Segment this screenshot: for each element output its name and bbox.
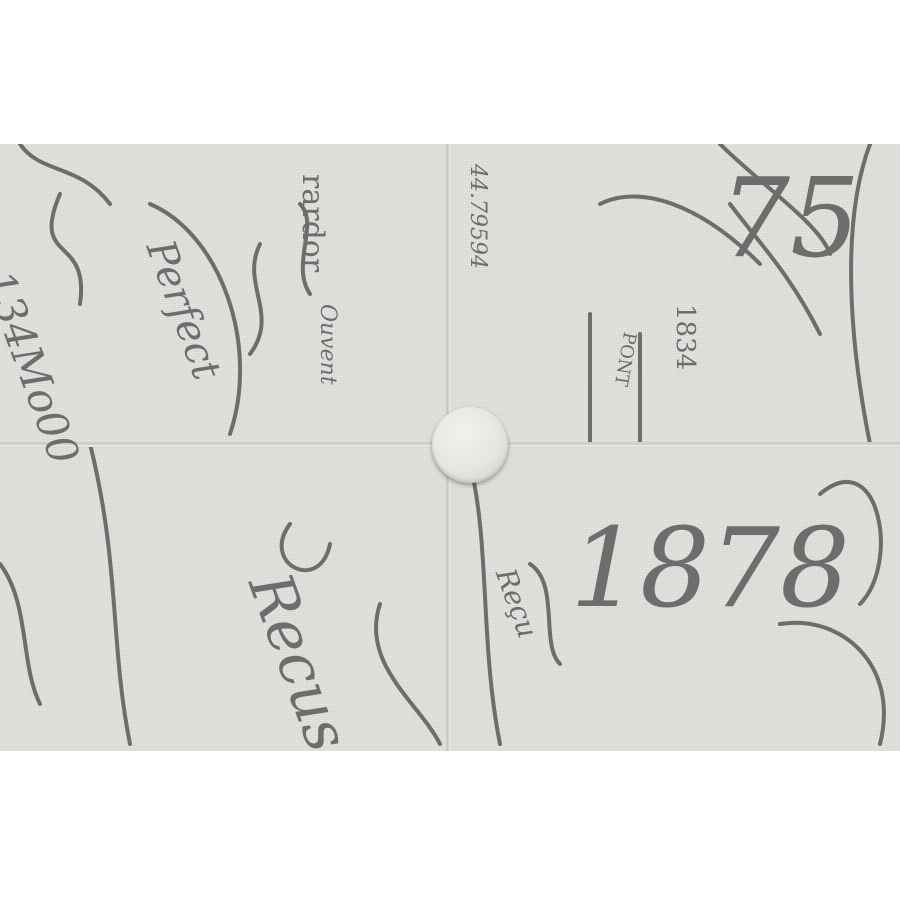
print-text: rardor bbox=[295, 174, 330, 272]
print-text: 75 bbox=[720, 154, 860, 282]
print-text: 1834 bbox=[670, 304, 700, 370]
fabric-photo: rardor Ouvent 44.79594 PONT 1834 1878 75… bbox=[0, 144, 900, 751]
tufting-button bbox=[432, 407, 508, 483]
print-text: Ouvent bbox=[315, 304, 340, 385]
print-text: 44.79594 bbox=[465, 164, 490, 269]
print-text: 1878 bbox=[570, 504, 850, 632]
